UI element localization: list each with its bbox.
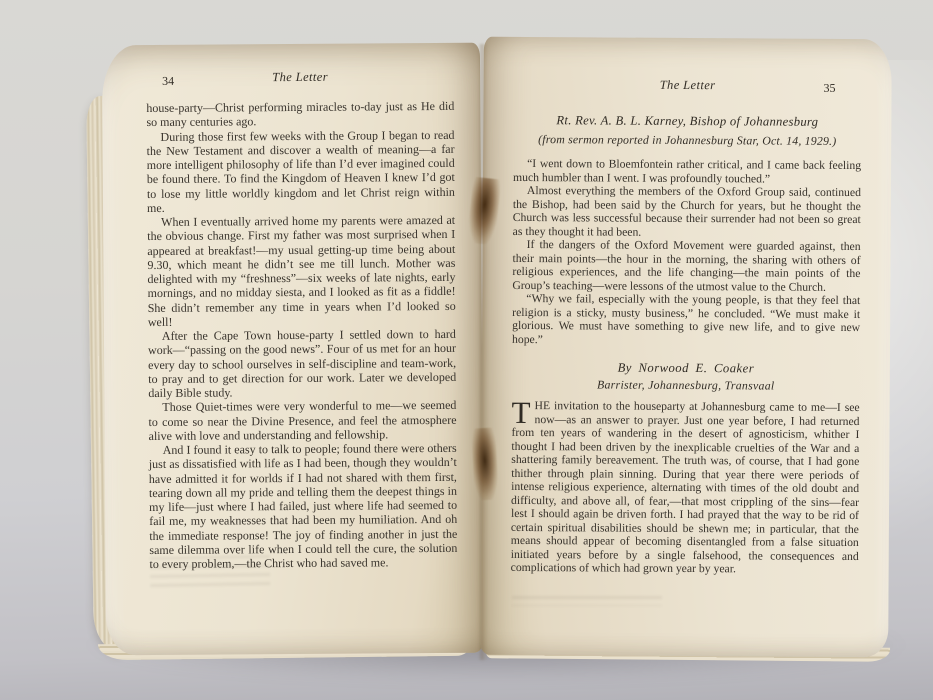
paragraph: HE invitation to the houseparty at Johan…: [511, 399, 860, 575]
paragraph: “Why we fail, especially with the young …: [512, 292, 860, 348]
paragraph-with-dropcap: THE invitation to the houseparty at Joha…: [511, 399, 860, 577]
left-running-head: 34 The Letter: [146, 69, 454, 91]
right-page-text-article1: “I went down to Bloemfontein rather crit…: [512, 157, 861, 348]
article-heading: Rt. Rev. A. B. L. Karney, Bishop of Joha…: [513, 113, 861, 130]
right-running-head: The Letter 35: [514, 77, 862, 99]
paragraph: After the Cape Town house-party I settle…: [148, 327, 456, 400]
drop-cap: T: [512, 399, 535, 425]
open-book: 34 The Letter house-party—Christ perform…: [0, 0, 933, 700]
article-source-line: (from sermon reported in Johannesburg St…: [513, 132, 861, 149]
right-page: The Letter 35 Rt. Rev. A. B. L. Karney, …: [480, 37, 892, 657]
article2-byline-role: Barrister, Johannesburg, Transvaal: [512, 377, 860, 394]
right-page-text-article2: THE invitation to the houseparty at Joha…: [511, 399, 860, 577]
left-page-text: house-party—Christ performing miracles t…: [146, 99, 457, 571]
right-running-title: The Letter: [514, 77, 862, 94]
rust-stain-bottom: [471, 427, 499, 500]
left-running-title: The Letter: [146, 69, 454, 86]
paragraph: Almost everything the members of the Oxf…: [513, 184, 861, 240]
paragraph: Those Quiet-times were very wonderful to…: [148, 398, 456, 443]
right-page-number: 35: [824, 81, 836, 96]
paragraph: And I found it easy to talk to people; f…: [149, 441, 458, 571]
book-gutter: [478, 44, 488, 660]
paragraph: “I went down to Bloemfontein rather crit…: [513, 157, 861, 186]
paragraph: house-party—Christ performing miracles t…: [146, 99, 454, 130]
paragraph: If the dangers of the Oxford Movement we…: [512, 238, 860, 294]
paragraph: When I eventually arrived home my parent…: [147, 213, 456, 329]
article2-byline: By Norwood E. Coaker: [512, 360, 860, 377]
paragraph: During those first few weeks with the Gr…: [146, 127, 455, 215]
left-page: 34 The Letter house-party—Christ perform…: [102, 43, 484, 656]
